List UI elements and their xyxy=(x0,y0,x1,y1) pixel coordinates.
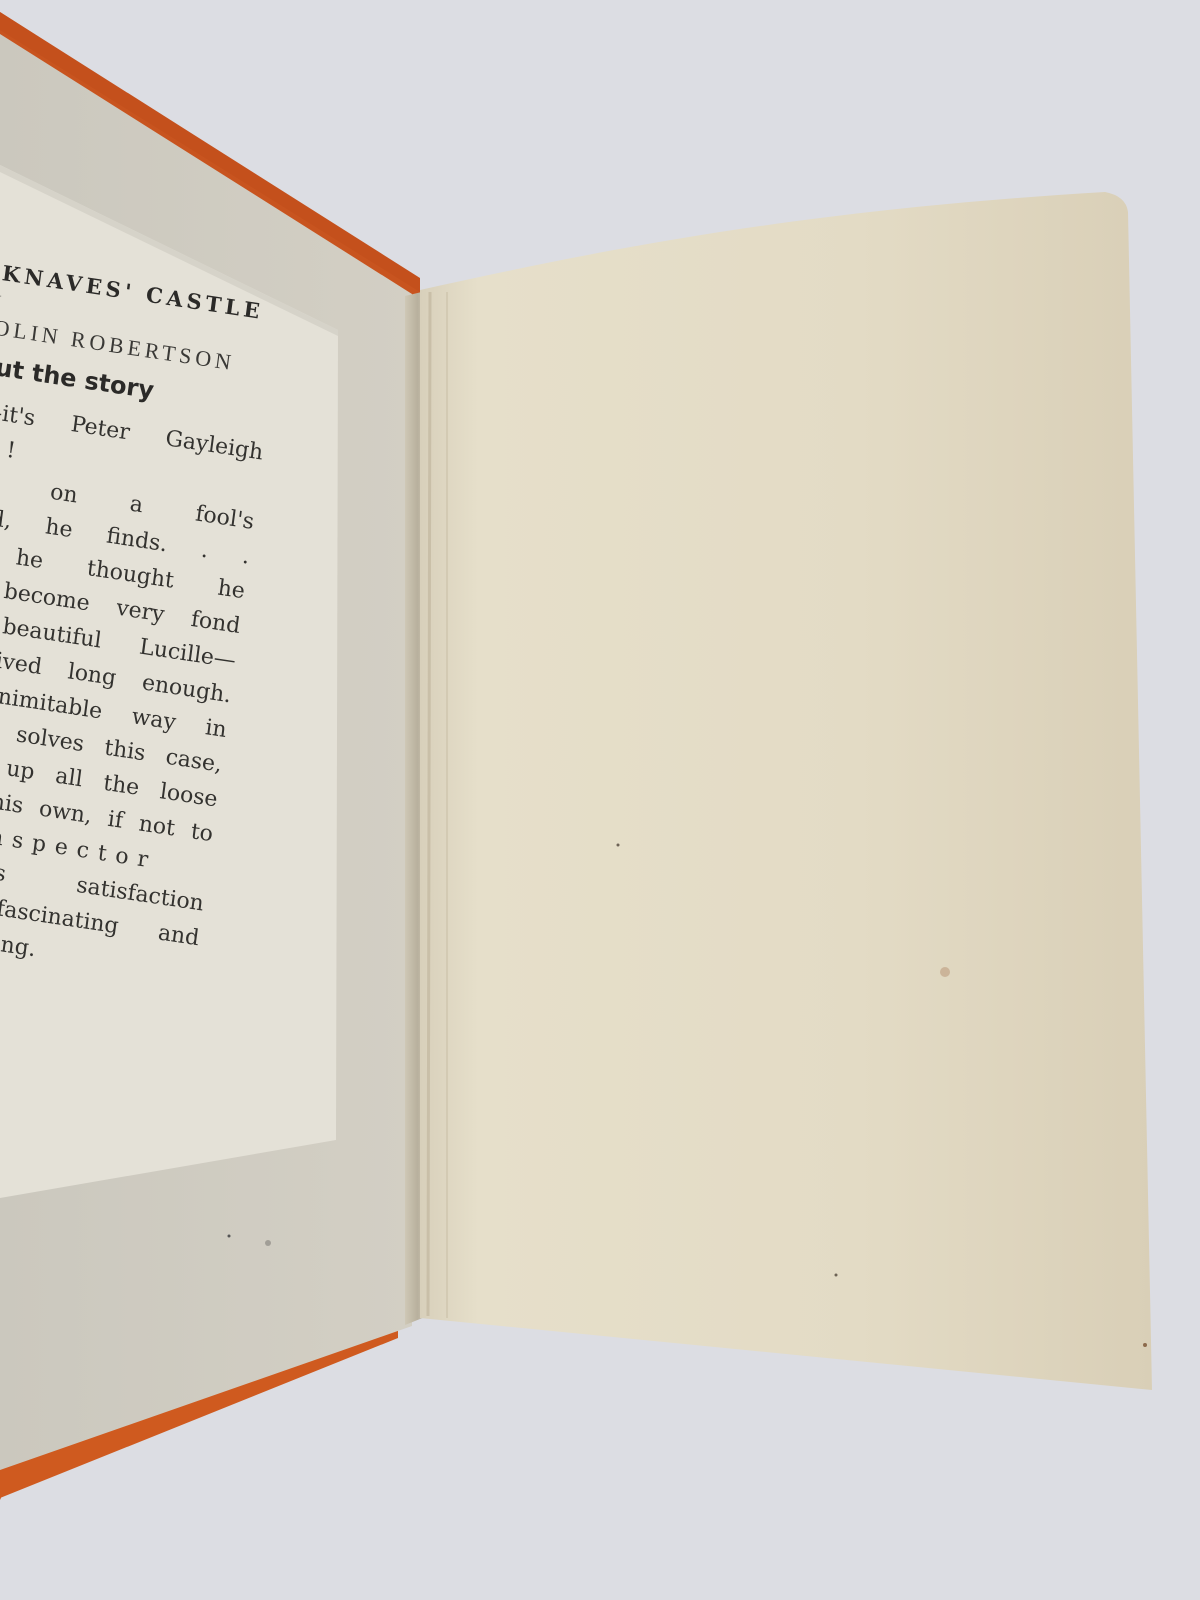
endpaper-page xyxy=(420,192,1152,1390)
book-photo: KNAVES' CASTLE y COLIN ROBERTSON bout th… xyxy=(0,0,1200,1600)
foxing-stain xyxy=(940,967,950,977)
